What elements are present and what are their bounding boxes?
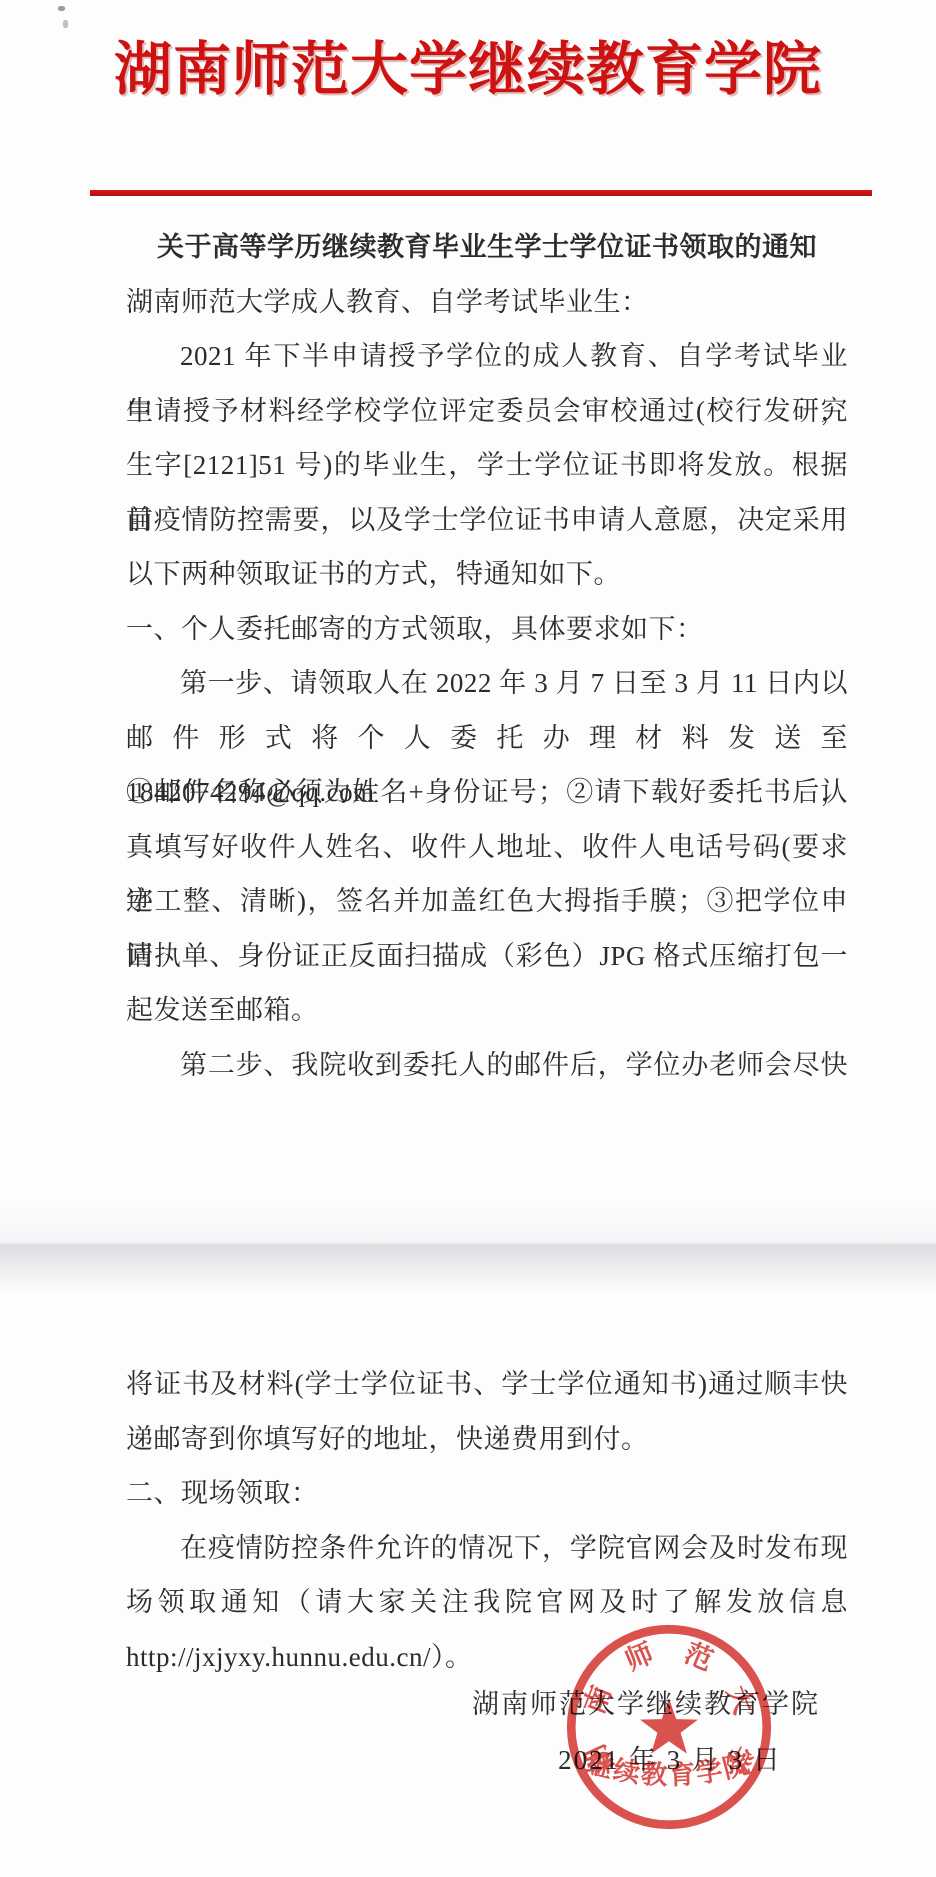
body-line: 申请授予材料经学校学位评定委员会审校通过(校行发研究 [126,384,848,439]
body-line: 湖南师范大学成人教育、自学考试毕业生： [126,275,848,330]
seal-arc-char: 大 [721,1682,759,1719]
page-scan-seam [0,1200,936,1295]
official-seal: 湖南师范大学 继续教育学院 [557,1615,781,1839]
body-line: 二、现场领取： [126,1466,848,1521]
body-line: ①邮件名称必须为姓名+身份证号；②请下载好委托书后认 [126,765,848,820]
seal-star-icon [640,1698,698,1753]
body-line: 递邮寄到你填写好的地址，快递费用到付。 [126,1412,848,1467]
body-line: 一、个人委托邮寄的方式领取，具体要求如下： [126,602,848,657]
body-line: 迹工整、清晰)，签名并加盖红色大拇指手膜；③把学位申请 [126,874,848,929]
letterhead-divider-rule [90,190,872,196]
seal-arc-char: 南 [579,1682,617,1718]
body-line: 2021 年下半申请授予学位的成人教育、自学考试毕业生， [126,329,848,384]
body-line: 前疫情防控需要，以及学士学位证书申请人意愿，决定采用 [126,493,848,548]
body-line: 邮件形式将个人委托办理材料发送至 1842074294@qq.com， [126,711,848,766]
body-line: 真填写好收件人姓名、收件人地址、收件人电话号码(要求字 [126,820,848,875]
body-line: 生字[2121]51 号)的毕业生，学士学位证书即将发放。根据目 [126,438,848,493]
body-line: 第一步、请领取人在 2022 年 3 月 7 日至 3 月 11 日内以 [126,656,848,711]
body-line: 回执单、身份证正反面扫描成（彩色）JPG 格式压缩打包一 [126,929,848,984]
seal-bottom-text: 继续教育学院 [583,1748,755,1790]
body-line: 以下两种领取证书的方式，特通知如下。 [126,547,848,602]
letterhead-title: 湖南师范大学继续教育学院 [0,22,936,106]
body-line: 将证书及材料(学士学位证书、学士学位通知书)通过顺丰快 [126,1357,848,1412]
scan-speck [58,6,65,11]
body-line: 第二步、我院收到委托人的邮件后，学位办老师会尽快 [126,1038,848,1093]
body-line: 起发送至邮箱。 [126,983,848,1038]
notice-heading: 关于高等学历继续教育毕业生学士学位证书领取的通知 [126,220,848,275]
body-line: 在疫情防控条件允许的情况下，学院官网会及时发布现 [126,1521,848,1576]
scan-speck [63,20,68,28]
notice-body-page1: 关于高等学历继续教育毕业生学士学位证书领取的通知湖南师范大学成人教育、自学考试毕… [126,220,848,1092]
